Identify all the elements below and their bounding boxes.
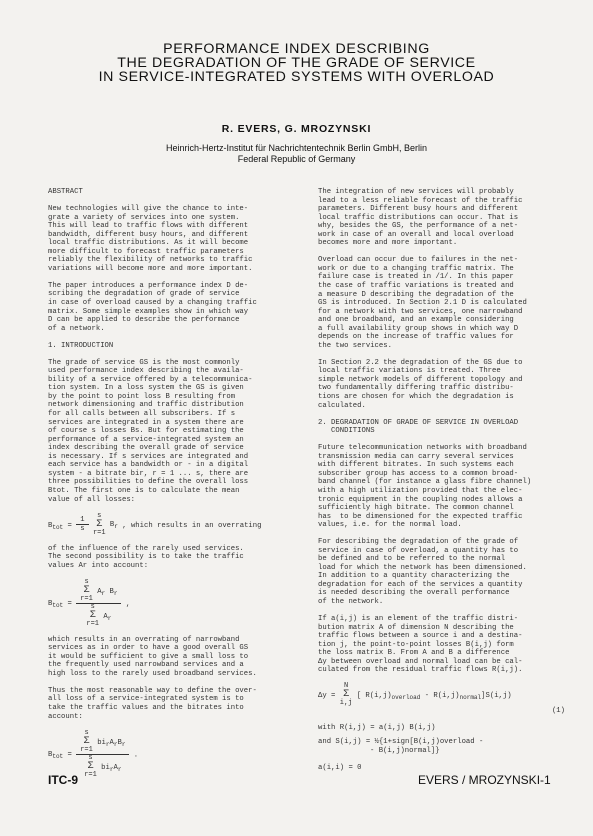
paragraph-after-eq2: which results in an overrating of narrow… <box>48 636 303 679</box>
equation-and-line-1: and S(i,j) = ½{1+sign[B(i,j)overload - <box>318 738 573 747</box>
right-paragraph-6: If a(i,j) is an element of the traffic d… <box>318 615 573 675</box>
right-paragraph-3: In Section 2.2 the degradation of the GS… <box>318 359 573 410</box>
affiliation-line-1: Heinrich-Hertz-Institut für Nachrichtent… <box>0 143 593 154</box>
paragraph-third-possibility: Thus the most reasonable way to define t… <box>48 687 303 721</box>
abstract-paragraph-1: New technologies will give the chance to… <box>48 205 303 273</box>
equation-delta-y: Δy = NΣi,j [ R(i,j)overload - R(i,j)norm… <box>318 683 573 716</box>
section-2-heading: 2. DEGRADATION OF GRADE OF SERVICE IN OV… <box>318 419 573 436</box>
authors: R. EVERS, G. MROZYNSKI <box>0 123 593 135</box>
title-line-3: IN SERVICE-INTEGRATED SYSTEMS WITH OVERL… <box>0 70 593 84</box>
left-column: ABSTRACT New technologies will give the … <box>48 188 303 787</box>
right-column: The integration of new services will pro… <box>318 188 573 772</box>
right-paragraph-1: The integration of new services will pro… <box>318 188 573 248</box>
introduction-heading: 1. INTRODUCTION <box>48 342 303 351</box>
right-paragraph-5: For describing the degradation of the gr… <box>318 538 573 606</box>
introduction-paragraph: The grade of service GS is the most comm… <box>48 359 303 504</box>
equation-with: with R(i,j) = a(i,j) B(i,j) <box>318 724 573 733</box>
abstract-heading: ABSTRACT <box>48 188 303 197</box>
right-paragraph-4: Future telecommunication networks with b… <box>318 444 573 529</box>
affiliation-line-2: Federal Republic of Germany <box>0 154 593 165</box>
equation-number: (1) <box>318 707 573 716</box>
title-line-2: THE DEGRADATION OF THE GRADE OF SERVICE <box>0 56 593 70</box>
title-line-1: PERFORMANCE INDEX DESCRIBING <box>0 42 593 56</box>
equation-and-line-2: - B(i,j)normal]} <box>370 747 573 756</box>
equation-traffic-weighted-loss: Btot = sΣr=1 Ar Br sΣr=1 Ar , <box>48 579 303 628</box>
abstract-paragraph-2: The paper introduces a performance index… <box>48 282 303 333</box>
affiliation: Heinrich-Hertz-Institut für Nachrichtent… <box>0 143 593 165</box>
equation-bitrate-weighted-loss: Btot = sΣr=1 birArBr sΣr=1 birAr . <box>48 730 303 779</box>
paragraph-after-eq1: of the influence of the rarely used serv… <box>48 545 303 571</box>
equation-mean-loss: Btot = 1s sΣr=1 Br , which results in an… <box>48 513 303 537</box>
sum-symbol: sΣr=1 <box>93 513 106 537</box>
equation-aii: a(i,i) = 0 <box>318 764 573 773</box>
right-paragraph-2: Overload can occur due to failures in th… <box>318 256 573 350</box>
footer-page-label: EVERS / MROZYNSKI-1 <box>418 773 551 787</box>
paper-title: PERFORMANCE INDEX DESCRIBING THE DEGRADA… <box>0 42 593 84</box>
footer-conference-label: ITC-9 <box>48 773 78 787</box>
